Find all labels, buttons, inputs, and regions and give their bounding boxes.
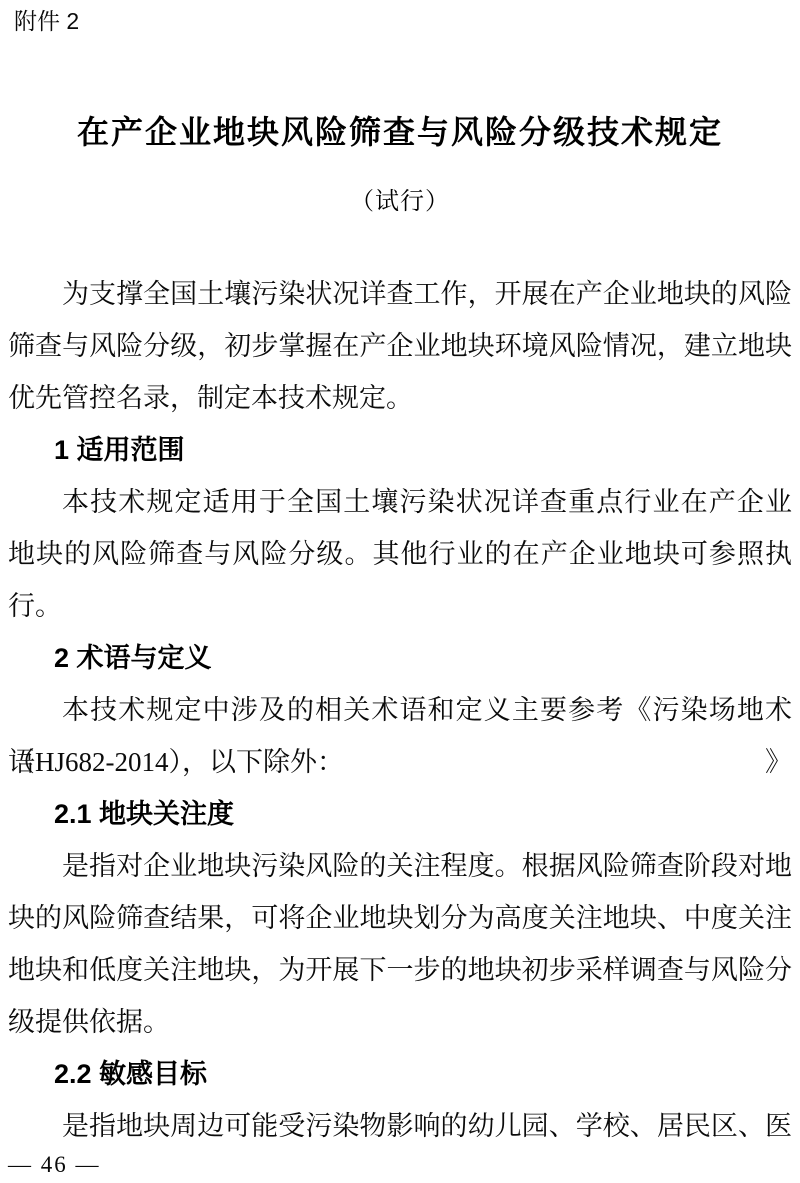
section-1-paragraph-line: 地块的风险筛查与风险分级。其他行业的在产企业地块可参照执: [8, 528, 792, 580]
document-page: 附件 2 在产企业地块风险筛查与风险分级技术规定 （试行） 为支撑全国土壤污染状…: [0, 0, 800, 1183]
section-2-1-paragraph-line: 是指对企业地块污染风险的关注程度。根据风险筛查阶段对地: [8, 840, 792, 892]
attachment-label: 附件 2: [8, 0, 792, 36]
section-2-1-paragraph-line: 级提供依据。: [8, 996, 792, 1048]
intro-paragraph-line: 筛查与风险分级，初步掌握在产企业地块环境风险情况，建立地块: [8, 320, 792, 372]
document-subtitle: （试行）: [8, 186, 792, 218]
section-2-2-paragraph-line: 是指地块周边可能受污染物影响的幼儿园、学校、居民区、医: [8, 1100, 792, 1152]
document-body: 为支撑全国土壤污染状况详查工作，开展在产企业地块的风险 筛查与风险分级，初步掌握…: [8, 268, 792, 1152]
section-2-1-heading: 2.1 地块关注度: [8, 788, 792, 840]
section-2-paragraph-line: 本技术规定中涉及的相关术语和定义主要参考《污染场地术语》: [8, 684, 792, 736]
section-2-1-paragraph-line: 块的风险筛查结果，可将企业地块划分为高度关注地块、中度关注: [8, 892, 792, 944]
section-1-heading: 1 适用范围: [8, 424, 792, 476]
section-1-paragraph-line: 行。: [8, 580, 792, 632]
intro-paragraph-line: 为支撑全国土壤污染状况详查工作，开展在产企业地块的风险: [8, 268, 792, 320]
section-1-paragraph-line: 本技术规定适用于全国土壤污染状况详查重点行业在产企业: [8, 476, 792, 528]
intro-paragraph-line: 优先管控名录，制定本技术规定。: [8, 372, 792, 424]
document-title: 在产企业地块风险筛查与风险分级技术规定: [8, 112, 792, 152]
section-2-heading: 2 术语与定义: [8, 632, 792, 684]
section-2-2-heading: 2.2 敏感目标: [8, 1048, 792, 1100]
page-number: — 46 —: [8, 1151, 101, 1179]
section-2-1-paragraph-line: 地块和低度关注地块，为开展下一步的地块初步采样调查与风险分: [8, 944, 792, 996]
